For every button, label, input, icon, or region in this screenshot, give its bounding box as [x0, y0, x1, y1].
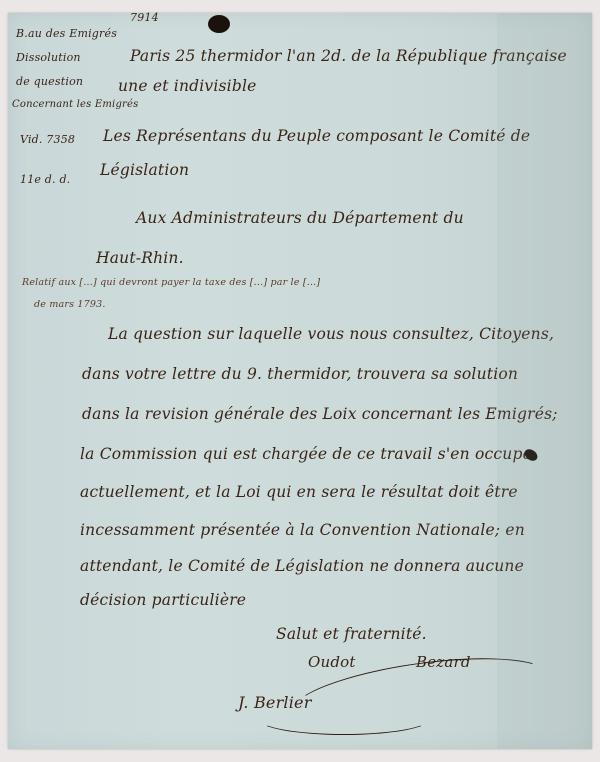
margin-note: B.au des Emigrés — [16, 27, 117, 40]
letter-page: 7914 B.au des Emigrés Dissolution de que… — [8, 13, 592, 749]
body-line: La question sur laquelle vous nous consu… — [108, 325, 554, 343]
ink-blot — [208, 15, 230, 33]
letter-header: Les Représentans du Peuple composant le … — [103, 127, 530, 145]
dateline-cont: une et indivisible — [118, 77, 257, 95]
body-line: incessamment présentée à la Convention N… — [80, 521, 525, 539]
ink-blot — [522, 447, 539, 463]
margin-note: de question — [16, 75, 83, 88]
dateline: Paris 25 thermidor l'an 2d. de la Républ… — [130, 47, 567, 65]
margin-note: 11e d. d. — [20, 173, 70, 186]
signature: Oudot — [308, 653, 356, 671]
margin-note: Concernant les Emigrés — [12, 99, 139, 110]
body-line: dans la revision générale des Loix conce… — [82, 405, 558, 423]
body-line: attendant, le Comité de Législation ne d… — [80, 557, 524, 575]
signature-flourish — [258, 703, 430, 735]
body-line: la Commission qui est chargée de ce trav… — [80, 445, 532, 463]
reference-number: 7914 — [130, 11, 159, 24]
body-line: décision particulière — [80, 591, 246, 609]
annotation: Relatif aux [...] qui devront payer la t… — [22, 277, 320, 288]
addressee: Aux Administrateurs du Département du — [136, 209, 464, 227]
closing: Salut et fraternité. — [276, 625, 427, 643]
margin-note: Dissolution — [16, 51, 81, 64]
addressee-cont: Haut-Rhin. — [96, 249, 184, 267]
body-line: dans votre lettre du 9. thermidor, trouv… — [82, 365, 518, 383]
margin-note: Vid. 7358 — [20, 133, 75, 146]
letter-header-cont: Législation — [100, 161, 189, 179]
body-line: actuellement, et la Loi qui en sera le r… — [80, 483, 518, 501]
annotation-cont: de mars 1793. — [34, 299, 106, 310]
